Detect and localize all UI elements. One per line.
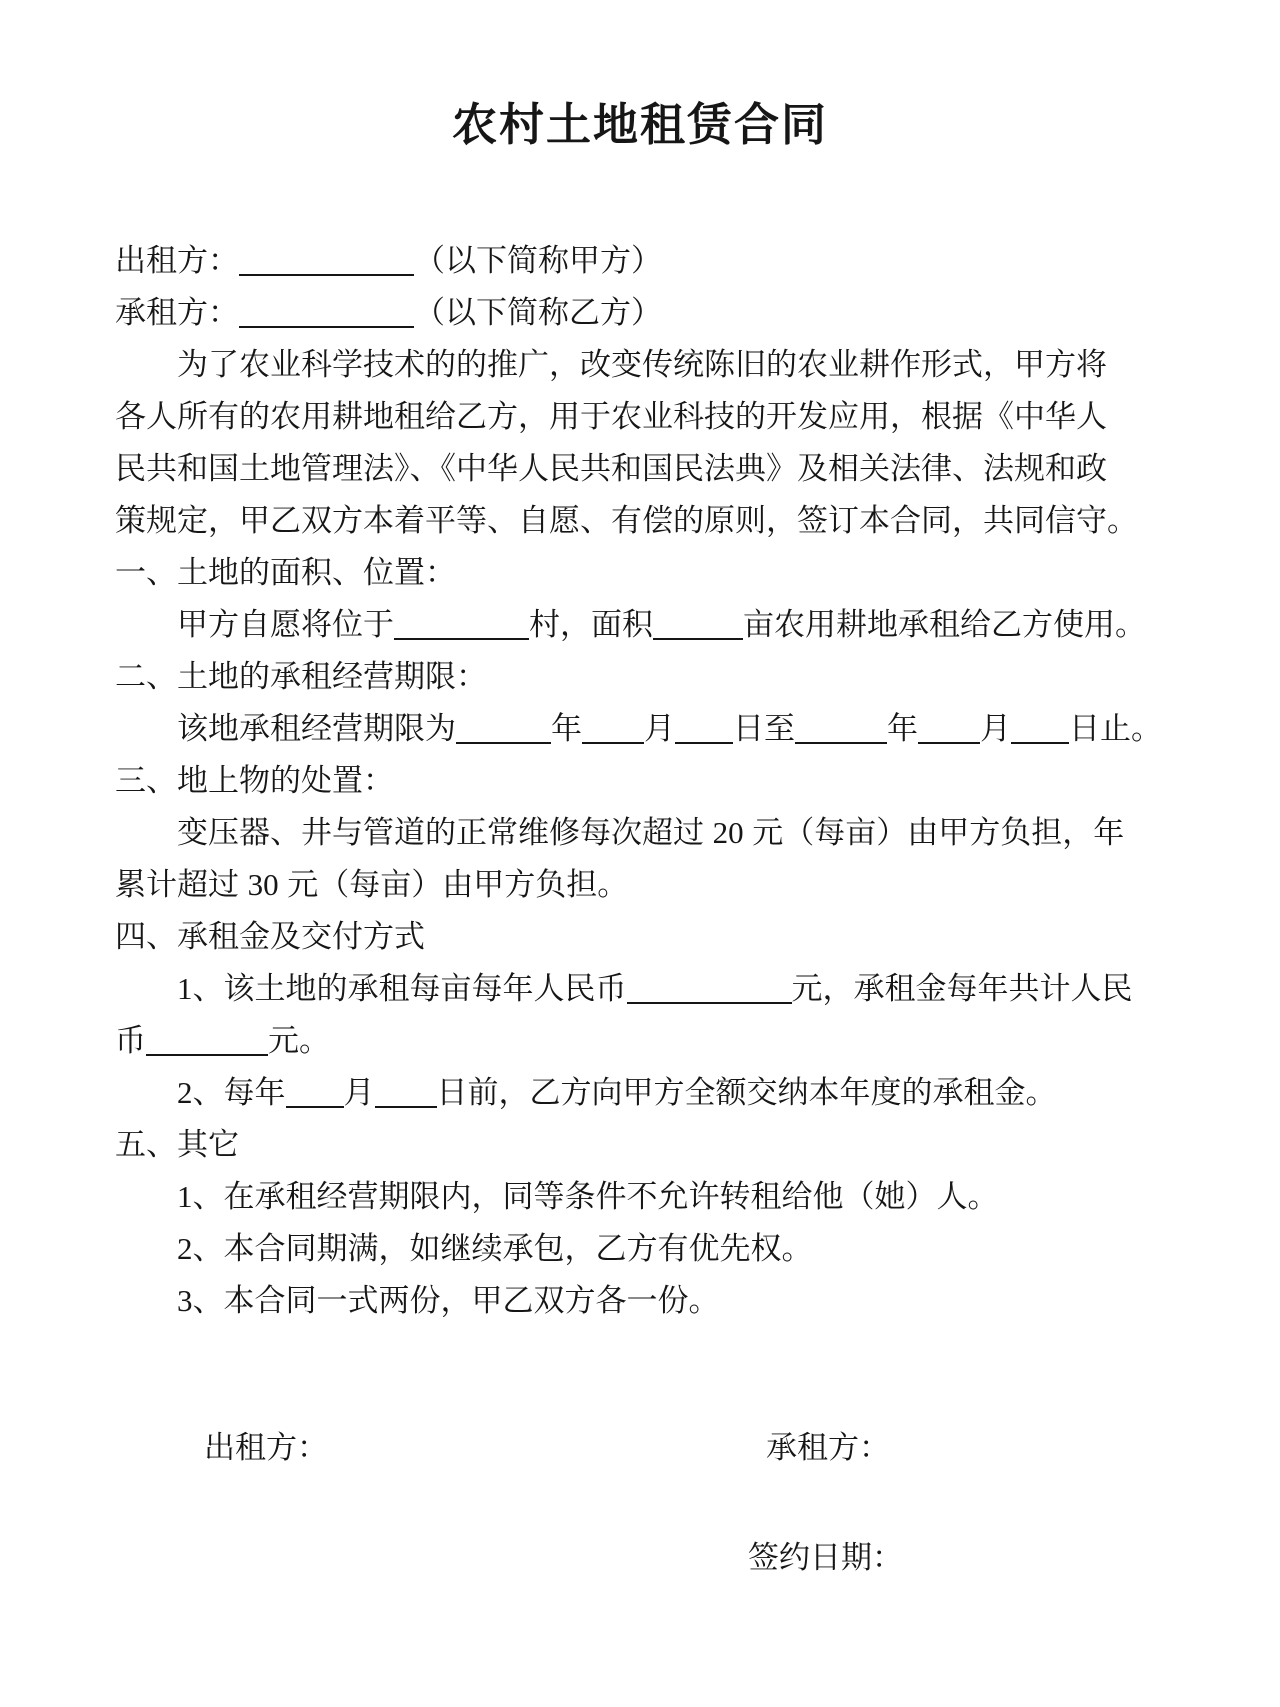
- contract-line: 各人所有的农用耕地租给乙方，用于农业科技的开发应用，根据《中华人: [115, 391, 1167, 443]
- text-segment: 民共和国土地管理法》、《中华人民共和国民法典》及相关法律、法规和政: [115, 451, 1107, 486]
- text-segment: 该地承租经营期限为: [177, 711, 456, 746]
- contract-line: 甲方自愿将位于村，面积亩农用耕地承租给乙方使用。: [115, 599, 1167, 651]
- text-segment: 出租方：: [115, 243, 239, 278]
- blank-field: [394, 636, 529, 640]
- text-segment: 、该土地的承租每亩每年人民币: [193, 971, 627, 1006]
- contract-line: 一、土地的面积、位置：: [115, 547, 1167, 599]
- contract-line: 出租方：（以下简称甲方）: [115, 235, 1167, 287]
- blank-field: [1011, 740, 1069, 744]
- text-segment: 1: [177, 1179, 193, 1214]
- text-segment: 、每年: [193, 1075, 286, 1110]
- blank-field: [795, 740, 887, 744]
- contract-line: 2、每年月日前，乙方向甲方全额交纳本年度的承租金。: [115, 1067, 1167, 1119]
- blank-field: [918, 740, 980, 744]
- text-segment: 元（每亩）由甲方负担，年: [744, 815, 1125, 850]
- contract-line: 五、其它: [115, 1119, 1167, 1171]
- text-segment: 二、土地的承租经营期限：: [115, 659, 487, 694]
- text-segment: （以下简称乙方）: [414, 295, 662, 330]
- blank-field: [456, 740, 551, 744]
- contract-line: 该地承租经营期限为年月日至年月日止。: [115, 703, 1167, 755]
- blank-field: [286, 1104, 344, 1108]
- text-segment: 元，承租金每年共计人民: [792, 971, 1133, 1006]
- text-segment: 月: [980, 711, 1011, 746]
- text-segment: 、在承租经营期限内，同等条件不允许转租给他（她）人。: [193, 1179, 999, 1214]
- footer-lessee-label: 承租方：: [766, 1422, 890, 1467]
- text-segment: 三、地上物的处置：: [115, 763, 394, 798]
- contract-line: 民共和国土地管理法》、《中华人民共和国民法典》及相关法律、法规和政: [115, 443, 1167, 495]
- text-segment: 村，面积: [529, 607, 653, 642]
- text-segment: 五、其它: [115, 1127, 239, 1162]
- text-segment: 年: [887, 711, 918, 746]
- text-segment: 四、承租金及交付方式: [115, 919, 425, 954]
- text-segment: 币: [115, 1023, 146, 1058]
- contract-line: 累计超过 30 元（每亩）由甲方负担。: [115, 859, 1167, 911]
- blank-field: [375, 1104, 437, 1108]
- contract-title: 农村土地租赁合同: [0, 88, 1280, 153]
- text-segment: 月: [344, 1075, 375, 1110]
- text-segment: 一、土地的面积、位置：: [115, 555, 456, 590]
- text-segment: 日至: [733, 711, 795, 746]
- contract-line: 3、本合同一式两份，甲乙双方各一份。: [115, 1275, 1167, 1327]
- contract-line: 变压器、井与管道的正常维修每次超过 20 元（每亩）由甲方负担，年: [115, 807, 1167, 859]
- text-segment: 策规定，甲乙双方本着平等、自愿、有偿的原则，签订本合同，共同信守。: [115, 503, 1138, 538]
- text-segment: 元。: [268, 1023, 330, 1058]
- text-segment: 变压器、井与管道的正常维修每次超过: [177, 815, 713, 850]
- text-segment: 、本合同一式两份，甲乙双方各一份。: [193, 1283, 720, 1318]
- text-segment: 2: [177, 1231, 193, 1266]
- contract-page: 农村土地租赁合同 出租方：（以下简称甲方）承租方：（以下简称乙方）为了农业科学技…: [0, 0, 1280, 1707]
- contract-body: 出租方：（以下简称甲方）承租方：（以下简称乙方）为了农业科学技术的的推广，改变传…: [115, 235, 1167, 1327]
- contract-line: 币元。: [115, 1015, 1167, 1067]
- contract-line: 承租方：（以下简称乙方）: [115, 287, 1167, 339]
- blank-field: [146, 1052, 268, 1056]
- contract-line: 为了农业科学技术的的推广，改变传统陈旧的农业耕作形式，甲方将: [115, 339, 1167, 391]
- blank-field: [239, 324, 414, 328]
- text-segment: 2: [177, 1075, 193, 1110]
- text-segment: 甲方自愿将位于: [177, 607, 394, 642]
- blank-field: [582, 740, 644, 744]
- blank-field: [653, 636, 743, 640]
- contract-line: 2、本合同期满，如继续承包，乙方有优先权。: [115, 1223, 1167, 1275]
- contract-line: 二、土地的承租经营期限：: [115, 651, 1167, 703]
- blank-field: [675, 740, 733, 744]
- text-segment: 30: [248, 867, 279, 902]
- contract-line: 1、该土地的承租每亩每年人民币元，承租金每年共计人民: [115, 963, 1167, 1015]
- text-segment: 日止。: [1069, 711, 1162, 746]
- contract-line: 三、地上物的处置：: [115, 755, 1167, 807]
- text-segment: 为了农业科学技术的的推广，改变传统陈旧的农业耕作形式，甲方将: [177, 347, 1107, 382]
- text-segment: 日前，乙方向甲方全额交纳本年度的承租金。: [437, 1075, 1057, 1110]
- text-segment: 各人所有的农用耕地租给乙方，用于农业科技的开发应用，根据《中华人: [115, 399, 1107, 434]
- sign-date-label: 签约日期：: [748, 1532, 903, 1577]
- blank-field: [627, 1000, 792, 1004]
- text-segment: 累计超过: [115, 867, 248, 902]
- contract-line: 策规定，甲乙双方本着平等、自愿、有偿的原则，签订本合同，共同信守。: [115, 495, 1167, 547]
- footer-lessor-label: 出租方：: [204, 1422, 328, 1467]
- text-segment: 年: [551, 711, 582, 746]
- text-segment: （以下简称甲方）: [414, 243, 662, 278]
- text-segment: 20: [713, 815, 744, 850]
- text-segment: 、本合同期满，如继续承包，乙方有优先权。: [193, 1231, 813, 1266]
- text-segment: 元（每亩）由甲方负担。: [279, 867, 629, 902]
- contract-line: 1、在承租经营期限内，同等条件不允许转租给他（她）人。: [115, 1171, 1167, 1223]
- blank-field: [239, 272, 414, 276]
- text-segment: 亩农用耕地承租给乙方使用。: [743, 607, 1146, 642]
- text-segment: 月: [644, 711, 675, 746]
- text-segment: 承租方：: [115, 295, 239, 330]
- text-segment: 3: [177, 1283, 193, 1318]
- contract-line: 四、承租金及交付方式: [115, 911, 1167, 963]
- text-segment: 1: [177, 971, 193, 1006]
